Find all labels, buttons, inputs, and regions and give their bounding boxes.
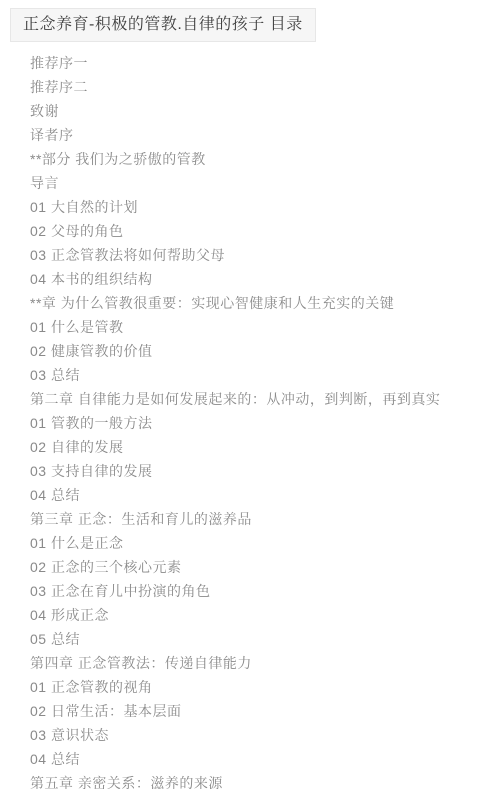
toc-page: 正念养育-积极的管教.自律的孩子 目录 推荐序一推荐序二致谢译者序**部分 我们… [0,0,503,789]
toc-item[interactable]: 译者序 [30,123,503,147]
toc-item[interactable]: 推荐序二 [30,75,503,99]
toc-item[interactable]: 02 正念的三个核心元素 [30,555,503,579]
toc-item[interactable]: **章 为什么管教很重要：实现心智健康和人生充实的关键 [30,291,503,315]
toc-item[interactable]: 推荐序一 [30,51,503,75]
toc-item[interactable]: 03 支持自律的发展 [30,459,503,483]
toc-item[interactable]: 01 正念管教的视角 [30,675,503,699]
toc-item[interactable]: 02 健康管教的价值 [30,339,503,363]
toc-item[interactable]: 02 父母的角色 [30,219,503,243]
toc-item[interactable]: 04 形成正念 [30,603,503,627]
toc-item[interactable]: 03 意识状态 [30,723,503,747]
toc-item[interactable]: 03 正念在育儿中扮演的角色 [30,579,503,603]
toc-item[interactable]: 第三章 正念：生活和育儿的滋养品 [30,507,503,531]
toc-item[interactable]: 02 日常生活：基本层面 [30,699,503,723]
toc-item[interactable]: 第四章 正念管教法：传递自律能力 [30,651,503,675]
toc-item[interactable]: 03 总结 [30,363,503,387]
toc-item[interactable]: 致谢 [30,99,503,123]
toc-item[interactable]: 01 什么是管教 [30,315,503,339]
toc-item[interactable]: 04 本书的组织结构 [30,267,503,291]
toc-item[interactable]: 04 总结 [30,483,503,507]
toc-item[interactable]: 第二章 自律能力是如何发展起来的：从冲动，到判断，再到真实 [30,387,503,411]
toc-list: 推荐序一推荐序二致谢译者序**部分 我们为之骄傲的管教导言01 大自然的计划02… [0,51,503,789]
toc-item[interactable]: 04 总结 [30,747,503,771]
toc-item[interactable]: 05 总结 [30,627,503,651]
toc-item[interactable]: 01 大自然的计划 [30,195,503,219]
toc-item[interactable]: 01 管教的一般方法 [30,411,503,435]
toc-item[interactable]: 导言 [30,171,503,195]
toc-item[interactable]: 第五章 亲密关系：滋养的来源 [30,771,503,789]
toc-item[interactable]: 01 什么是正念 [30,531,503,555]
toc-item[interactable]: 02 自律的发展 [30,435,503,459]
toc-item[interactable]: **部分 我们为之骄傲的管教 [30,147,503,171]
toc-item[interactable]: 03 正念管教法将如何帮助父母 [30,243,503,267]
page-title: 正念养育-积极的管教.自律的孩子 目录 [10,8,316,42]
